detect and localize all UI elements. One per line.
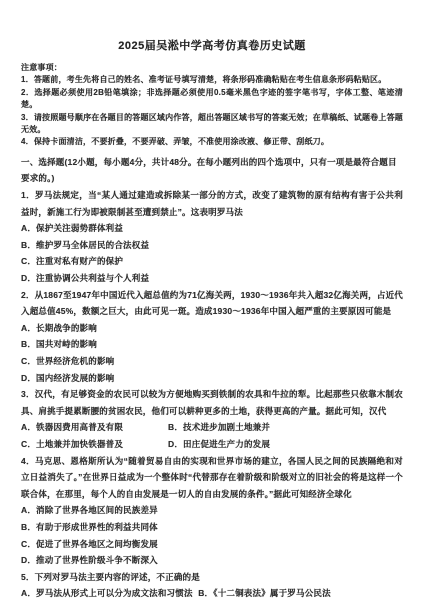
notice-item: 2．选择题必须使用2B铅笔填涂；非选择题必须使用0.5毫米黑色字迹的签字笔书写，… — [21, 87, 403, 112]
question-2: 2．从1867至1947年中国近代入超总值约为71亿海关两，1930～1936年… — [21, 287, 403, 387]
notice-heading: 注意事项： — [21, 62, 403, 74]
questions-section: 一、选择题(12小题，每小题4分，共计48分。在每小题列出的四个选项中，只有一项… — [21, 154, 403, 600]
question-stem: 4．马克思、恩格斯所认为“随着贸易自由的实现和世界市场的建立，各国人民之间的民族… — [21, 453, 403, 503]
question-4: 4．马克思、恩格斯所认为“随着贸易自由的实现和世界市场的建立，各国人民之间的民族… — [21, 453, 403, 569]
page-content: 2025届吴淞中学高考仿真卷历史试题 注意事项： 1．答题前，考生先将自己的姓名… — [0, 0, 424, 600]
option-item: D．田庄促进生产力的发展 — [168, 436, 403, 453]
option-item: A．长期战争的影响 — [21, 320, 403, 337]
notice-item: 1．答题前，考生先将自己的姓名、准考证号填写清楚，将条形码准确粘贴在考生信息条形… — [21, 74, 403, 86]
option-item: C．促进了世界各地区之间均衡发展 — [21, 536, 403, 553]
exam-document-page: 2025届吴淞中学高考仿真卷历史试题 注意事项： 1．答题前，考生先将自己的姓名… — [0, 0, 424, 600]
page-title: 2025届吴淞中学高考仿真卷历史试题 — [21, 40, 403, 53]
option-row: A．罗马法从形式上可以分为成文法和习惯法 B．《十二铜表法》属于罗马公民法 — [21, 585, 403, 600]
notice-section: 注意事项： 1．答题前，考生先将自己的姓名、准考证号填写清楚，将条形码准确粘贴在… — [21, 62, 403, 149]
option-item: B．技术进步加剧土地兼并 — [168, 419, 403, 436]
question-stem: 3．汉代，有足够资金的农民可以较为方便地购买到铁制的农具和牛拉的犁。比起那些只依… — [21, 386, 403, 419]
option-item: B．维护罗马全体居民的合法权益 — [21, 237, 403, 254]
question-stem: 2．从1867至1947年中国近代入超总值约为71亿海关两，1930～1936年… — [21, 287, 403, 320]
question-stem: 5．下列对罗马法主要内容的评述，不正确的是 — [21, 569, 403, 586]
section-heading: 一、选择题(12小题，每小题4分，共计48分。在每小题列出的四个选项中，只有一项… — [21, 154, 403, 187]
option-item: A．铁器因费用高普及有限 — [21, 419, 168, 436]
question-1: 1．罗马法规定，当“某人通过建造或拆除某一部分的方式，改变了建筑物的原有结构有害… — [21, 187, 403, 287]
option-item: A．消除了世界各地区间的民族差异 — [21, 502, 403, 519]
option-item: D．国内经济发展的影响 — [21, 370, 403, 387]
notice-item: 3．请按照题号顺序在各题目的答题区域内作答，超出答题区域书写的答案无效；在草稿纸… — [21, 112, 403, 137]
option-item: B．有助于形成世界性的利益共同体 — [21, 519, 403, 536]
option-item: C．土地兼并加快铁器普及 — [21, 436, 168, 453]
option-item: C．注重对私有财产的保护 — [21, 253, 403, 270]
option-item: D．注重协调公共利益与个人利益 — [21, 270, 403, 287]
option-item: A．罗马法从形式上可以分为成文法和习惯法 — [21, 588, 193, 598]
option-row: A．铁器因费用高普及有限 B．技术进步加剧土地兼并 — [21, 419, 403, 436]
option-row: C．土地兼并加快铁器普及 D．田庄促进生产力的发展 — [21, 436, 403, 453]
option-item: A．保护关注弱势群体利益 — [21, 220, 403, 237]
option-item: C．世界经济危机的影响 — [21, 353, 403, 370]
option-item: D．推动了世界性阶级斗争不断深入 — [21, 552, 403, 569]
question-5: 5．下列对罗马法主要内容的评述，不正确的是 A．罗马法从形式上可以分为成文法和习… — [21, 569, 403, 600]
question-3: 3．汉代，有足够资金的农民可以较为方便地购买到铁制的农具和牛拉的犁。比起那些只依… — [21, 386, 403, 452]
question-stem: 1．罗马法规定，当“某人通过建造或拆除某一部分的方式，改变了建筑物的原有结构有害… — [21, 187, 403, 220]
option-item: B．《十二铜表法》属于罗马公民法 — [198, 588, 331, 598]
option-item: B．国共对峙的影响 — [21, 336, 403, 353]
notice-item: 4．保持卡面清洁，不要折叠，不要弄破、弄皱，不准使用涂改液、修正带、刮纸刀。 — [21, 136, 403, 148]
